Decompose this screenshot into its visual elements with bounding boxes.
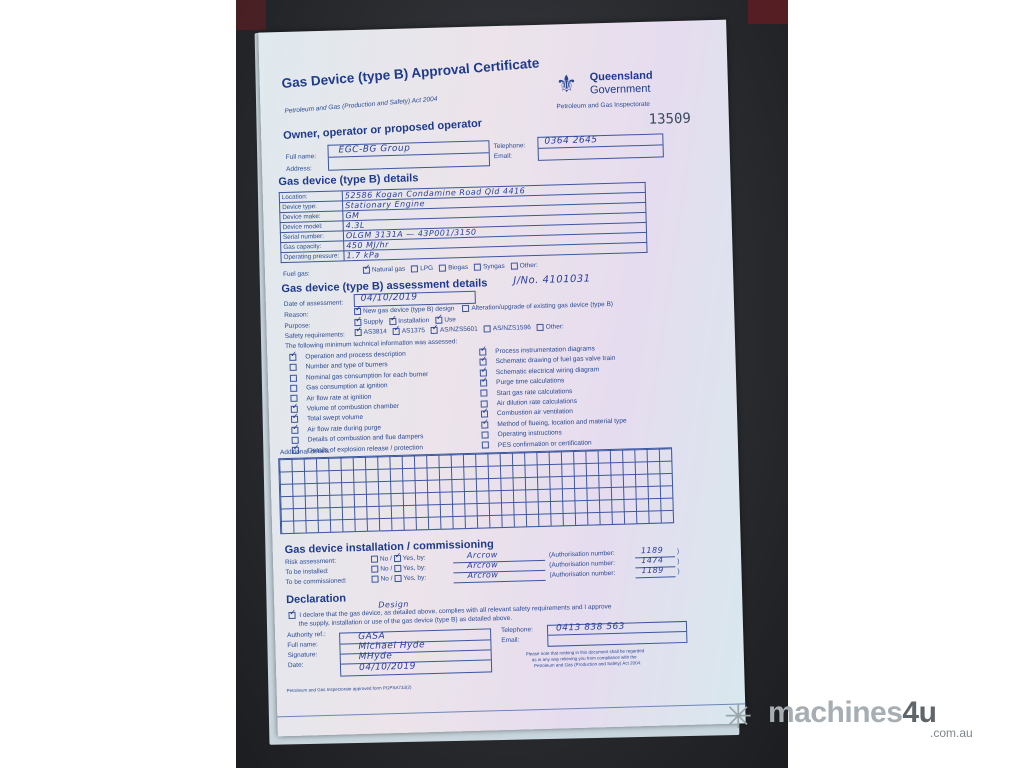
by-line: [454, 580, 546, 584]
page-bottom-rule: [277, 703, 745, 717]
watermark-brand: machines4u: [768, 696, 936, 730]
option-label: Syngas: [483, 263, 505, 271]
safety-label: Safety requirements:: [285, 331, 345, 340]
auth-line: [636, 576, 676, 578]
checklist-label: Method of flueing, location and material…: [497, 417, 627, 428]
declaration-date-label: Date:: [288, 662, 304, 669]
handwritten-value: 1.7 kPa: [346, 250, 379, 260]
checkbox[interactable]: [411, 265, 418, 272]
option-label: Biogas: [448, 264, 468, 272]
option-label: AS/NZS5601: [440, 326, 478, 334]
checkbox[interactable]: [291, 426, 298, 433]
checkbox[interactable]: [537, 324, 544, 331]
checkbox[interactable]: [439, 265, 446, 272]
authorisation-number: 1474: [641, 556, 664, 566]
option[interactable]: Biogas: [439, 264, 468, 272]
signature-label: Signature:: [288, 651, 318, 659]
additional-details-label: Additional details:: [280, 448, 331, 456]
option[interactable]: Other:: [511, 262, 538, 270]
fuel-gas-options: Natural gasLPGBiogasSyngasOther:: [363, 262, 544, 274]
checklist-label: Gas consumption at ignition: [306, 382, 388, 391]
option[interactable]: Natural gas: [363, 266, 405, 274]
issuer-name: Queensland: [589, 70, 652, 84]
checklist-label: Combustion air ventilation: [497, 408, 573, 417]
checkbox[interactable]: [371, 576, 378, 583]
issuer-logo: ⚜ Queensland Government Petroleum and Ga…: [555, 66, 707, 130]
checkbox[interactable]: [480, 390, 487, 397]
checklist-label: Nominal gas consumption for each burner: [306, 371, 429, 381]
checkbox[interactable]: [355, 329, 362, 336]
authorisation-label: (Authorisation number:: [549, 550, 615, 559]
option[interactable]: AS3814: [355, 328, 387, 336]
machines4u-logo-icon: ✳: [724, 700, 753, 734]
checklist-label: Total swept volume: [307, 414, 363, 423]
checkbox[interactable]: [431, 327, 438, 334]
certificate-page: Gas Device (type B) Approval Certificate…: [258, 20, 745, 737]
handwritten-value: 450 MJ/hr: [346, 240, 389, 250]
issuer-dept: Petroleum and Gas Inspectorate: [556, 101, 650, 111]
certificate-title: Gas Device (type B) Approval Certificate: [281, 55, 540, 91]
option-label: Alteration/upgrade of existing gas devic…: [471, 301, 613, 312]
checkbox[interactable]: [462, 305, 469, 312]
checklist-label: Operating instructions: [497, 430, 561, 439]
option[interactable]: Other:: [537, 323, 564, 331]
checklist-label: Purge time calculations: [496, 377, 564, 386]
checkbox[interactable]: [289, 353, 296, 360]
fuel-gas-label: Fuel gas:: [283, 270, 310, 278]
option[interactable]: AS/NZS5601: [431, 326, 478, 334]
certificate-number: 13509: [648, 111, 691, 128]
assessment-date-value: 04/10/2019: [361, 292, 418, 304]
handwritten-value: GM: [345, 211, 359, 220]
close-paren: ): [677, 558, 679, 565]
owner-contact-box[interactable]: 0364 2645: [537, 133, 664, 161]
info-checklist-left: Operation and process descriptionNumber …: [289, 349, 430, 457]
checkbox[interactable]: [371, 556, 378, 563]
installer-name: Arcrow: [467, 570, 498, 580]
declarer-contact-box[interactable]: 0413 838 563: [547, 621, 688, 647]
purpose-label: Purpose:: [284, 322, 310, 330]
crest-icon: ⚜: [555, 70, 586, 101]
watermark-domain: .com.au: [930, 726, 973, 740]
declaration-heading: Declaration: [286, 592, 346, 606]
option-label: AS3814: [364, 328, 387, 336]
installer-name: Arcrow: [467, 550, 498, 560]
installation-label: Risk assessment:: [285, 558, 336, 566]
declaration-checkbox[interactable]: [288, 612, 295, 619]
info-heading: The following minimum technical informat…: [285, 338, 457, 350]
checkbox[interactable]: [484, 325, 491, 332]
close-paren: ): [677, 568, 679, 575]
checklist-label: Process instrumentation diagrams: [495, 345, 595, 355]
handwritten-value: 4.3L: [346, 221, 365, 231]
no-yes-options: No / Yes, by:: [371, 554, 426, 563]
checkbox[interactable]: [290, 364, 297, 371]
job-number-note: J/No. 4101031: [513, 273, 591, 286]
checklist-label: Air flow rate at ignition: [306, 393, 371, 402]
option-label: AS/NZS1596: [493, 324, 531, 332]
checklist-label: Volume of combustion chamber: [307, 403, 400, 413]
device-field-label: Operating pressure:: [281, 251, 344, 263]
owner-email-label: Email:: [494, 153, 512, 161]
authorisation-label: (Authorisation number:: [549, 570, 615, 579]
checklist-label: PES confirmation or certification: [498, 439, 592, 449]
no-yes-options: No / Yes, by:: [371, 574, 426, 583]
authorisation-label: (Authorisation number:: [549, 560, 615, 569]
checkbox[interactable]: [481, 421, 488, 428]
checklist-label: Number and type of burners: [306, 362, 388, 371]
checkbox[interactable]: [290, 385, 297, 392]
option-label: LPG: [420, 265, 433, 272]
option[interactable]: LPG: [411, 265, 433, 273]
option[interactable]: AS1375: [393, 327, 425, 335]
owner-telephone-label: Telephone:: [493, 142, 525, 150]
issuer-name-2: Government: [590, 83, 651, 97]
option-label: Use: [444, 316, 456, 323]
installer-name: Arcrow: [467, 560, 498, 570]
option-label: Installation: [398, 317, 429, 325]
owner-full-name-label: Full name:: [286, 153, 317, 161]
checklist-label: Details of combustion and flue dampers: [308, 433, 424, 443]
purpose-options: SupplyInstallationUse: [354, 316, 462, 326]
signature-value: MHyde: [359, 651, 393, 662]
checkbox[interactable]: [371, 566, 378, 573]
installation-label: To be installed:: [285, 568, 329, 576]
owner-telephone-value: 0364 2645: [544, 135, 597, 146]
device-details-table: Location:52586 Kogan Condamine Road Qld …: [279, 182, 648, 263]
additional-details-grid[interactable]: [278, 447, 674, 534]
checkbox[interactable]: [481, 431, 488, 438]
option-label: Other:: [520, 262, 538, 270]
declarer-telephone-label: Telephone:: [501, 626, 533, 634]
checkbox[interactable]: [394, 575, 401, 582]
checkbox[interactable]: [482, 442, 489, 449]
checkbox[interactable]: [480, 379, 487, 386]
declarer-telephone-value: 0413 838 563: [556, 622, 625, 634]
owner-full-name-value: EGC-BG Group: [338, 143, 410, 155]
checklist-label: Operation and process description: [305, 351, 406, 361]
checklist-label: Schematic drawing of fuel gas valve trai…: [495, 355, 615, 365]
close-paren: ): [677, 548, 679, 555]
certificate-act: Petroleum and Gas (Production and Safety…: [284, 96, 437, 115]
option-label: AS1375: [402, 327, 425, 335]
installation-label: To be commissioned:: [286, 577, 347, 586]
authorisation-number: 1189: [641, 566, 664, 576]
checkbox[interactable]: [511, 263, 518, 270]
no-yes-options: No / Yes, by:: [371, 564, 426, 573]
option-label: Other:: [546, 323, 564, 331]
checkbox[interactable]: [474, 264, 481, 271]
declarer-email-label: Email:: [501, 637, 519, 645]
declaration-date-value: 04/10/2019: [359, 662, 416, 674]
option-label: Natural gas: [372, 266, 405, 274]
checklist-label: Air flow rate during purge: [307, 424, 381, 433]
checkbox[interactable]: [363, 267, 370, 274]
form-footer: Petroleum and Gas Inspectorate approved …: [287, 685, 412, 693]
device-heading: Gas device (type B) details: [278, 172, 418, 188]
option-label: Supply: [363, 319, 383, 327]
info-checklist-right: Process instrumentation diagramsSchemati…: [479, 344, 627, 452]
checklist-label: Schematic electrical wiring diagram: [496, 366, 599, 376]
checkbox[interactable]: [393, 328, 400, 335]
reason-label: Reason:: [284, 311, 308, 319]
authorisation-number: 1189: [641, 546, 664, 556]
assessment-date-label: Date of assessment:: [284, 299, 343, 308]
authority-ref-label: Authority ref.:: [287, 631, 326, 639]
checkbox[interactable]: [394, 565, 401, 572]
owner-name-box[interactable]: EGC-BG Group: [327, 140, 490, 171]
owner-address-label: Address:: [286, 165, 312, 173]
option[interactable]: Syngas: [474, 263, 505, 271]
declarer-full-name-label: Full name:: [287, 641, 318, 649]
checkbox[interactable]: [290, 374, 297, 381]
owner-heading: Owner, operator or proposed operator: [283, 118, 483, 142]
checkbox[interactable]: [394, 555, 401, 562]
checklist-label: Start gas rate calculations: [496, 388, 572, 397]
option[interactable]: AS/NZS1596: [484, 324, 531, 332]
option[interactable]: Alteration/upgrade of existing gas devic…: [462, 301, 613, 312]
checklist-label: Air dilution rate calculations: [497, 398, 577, 407]
declarer-details-box[interactable]: GASA Michael Hyde MHyde 04/10/2019: [339, 628, 492, 676]
